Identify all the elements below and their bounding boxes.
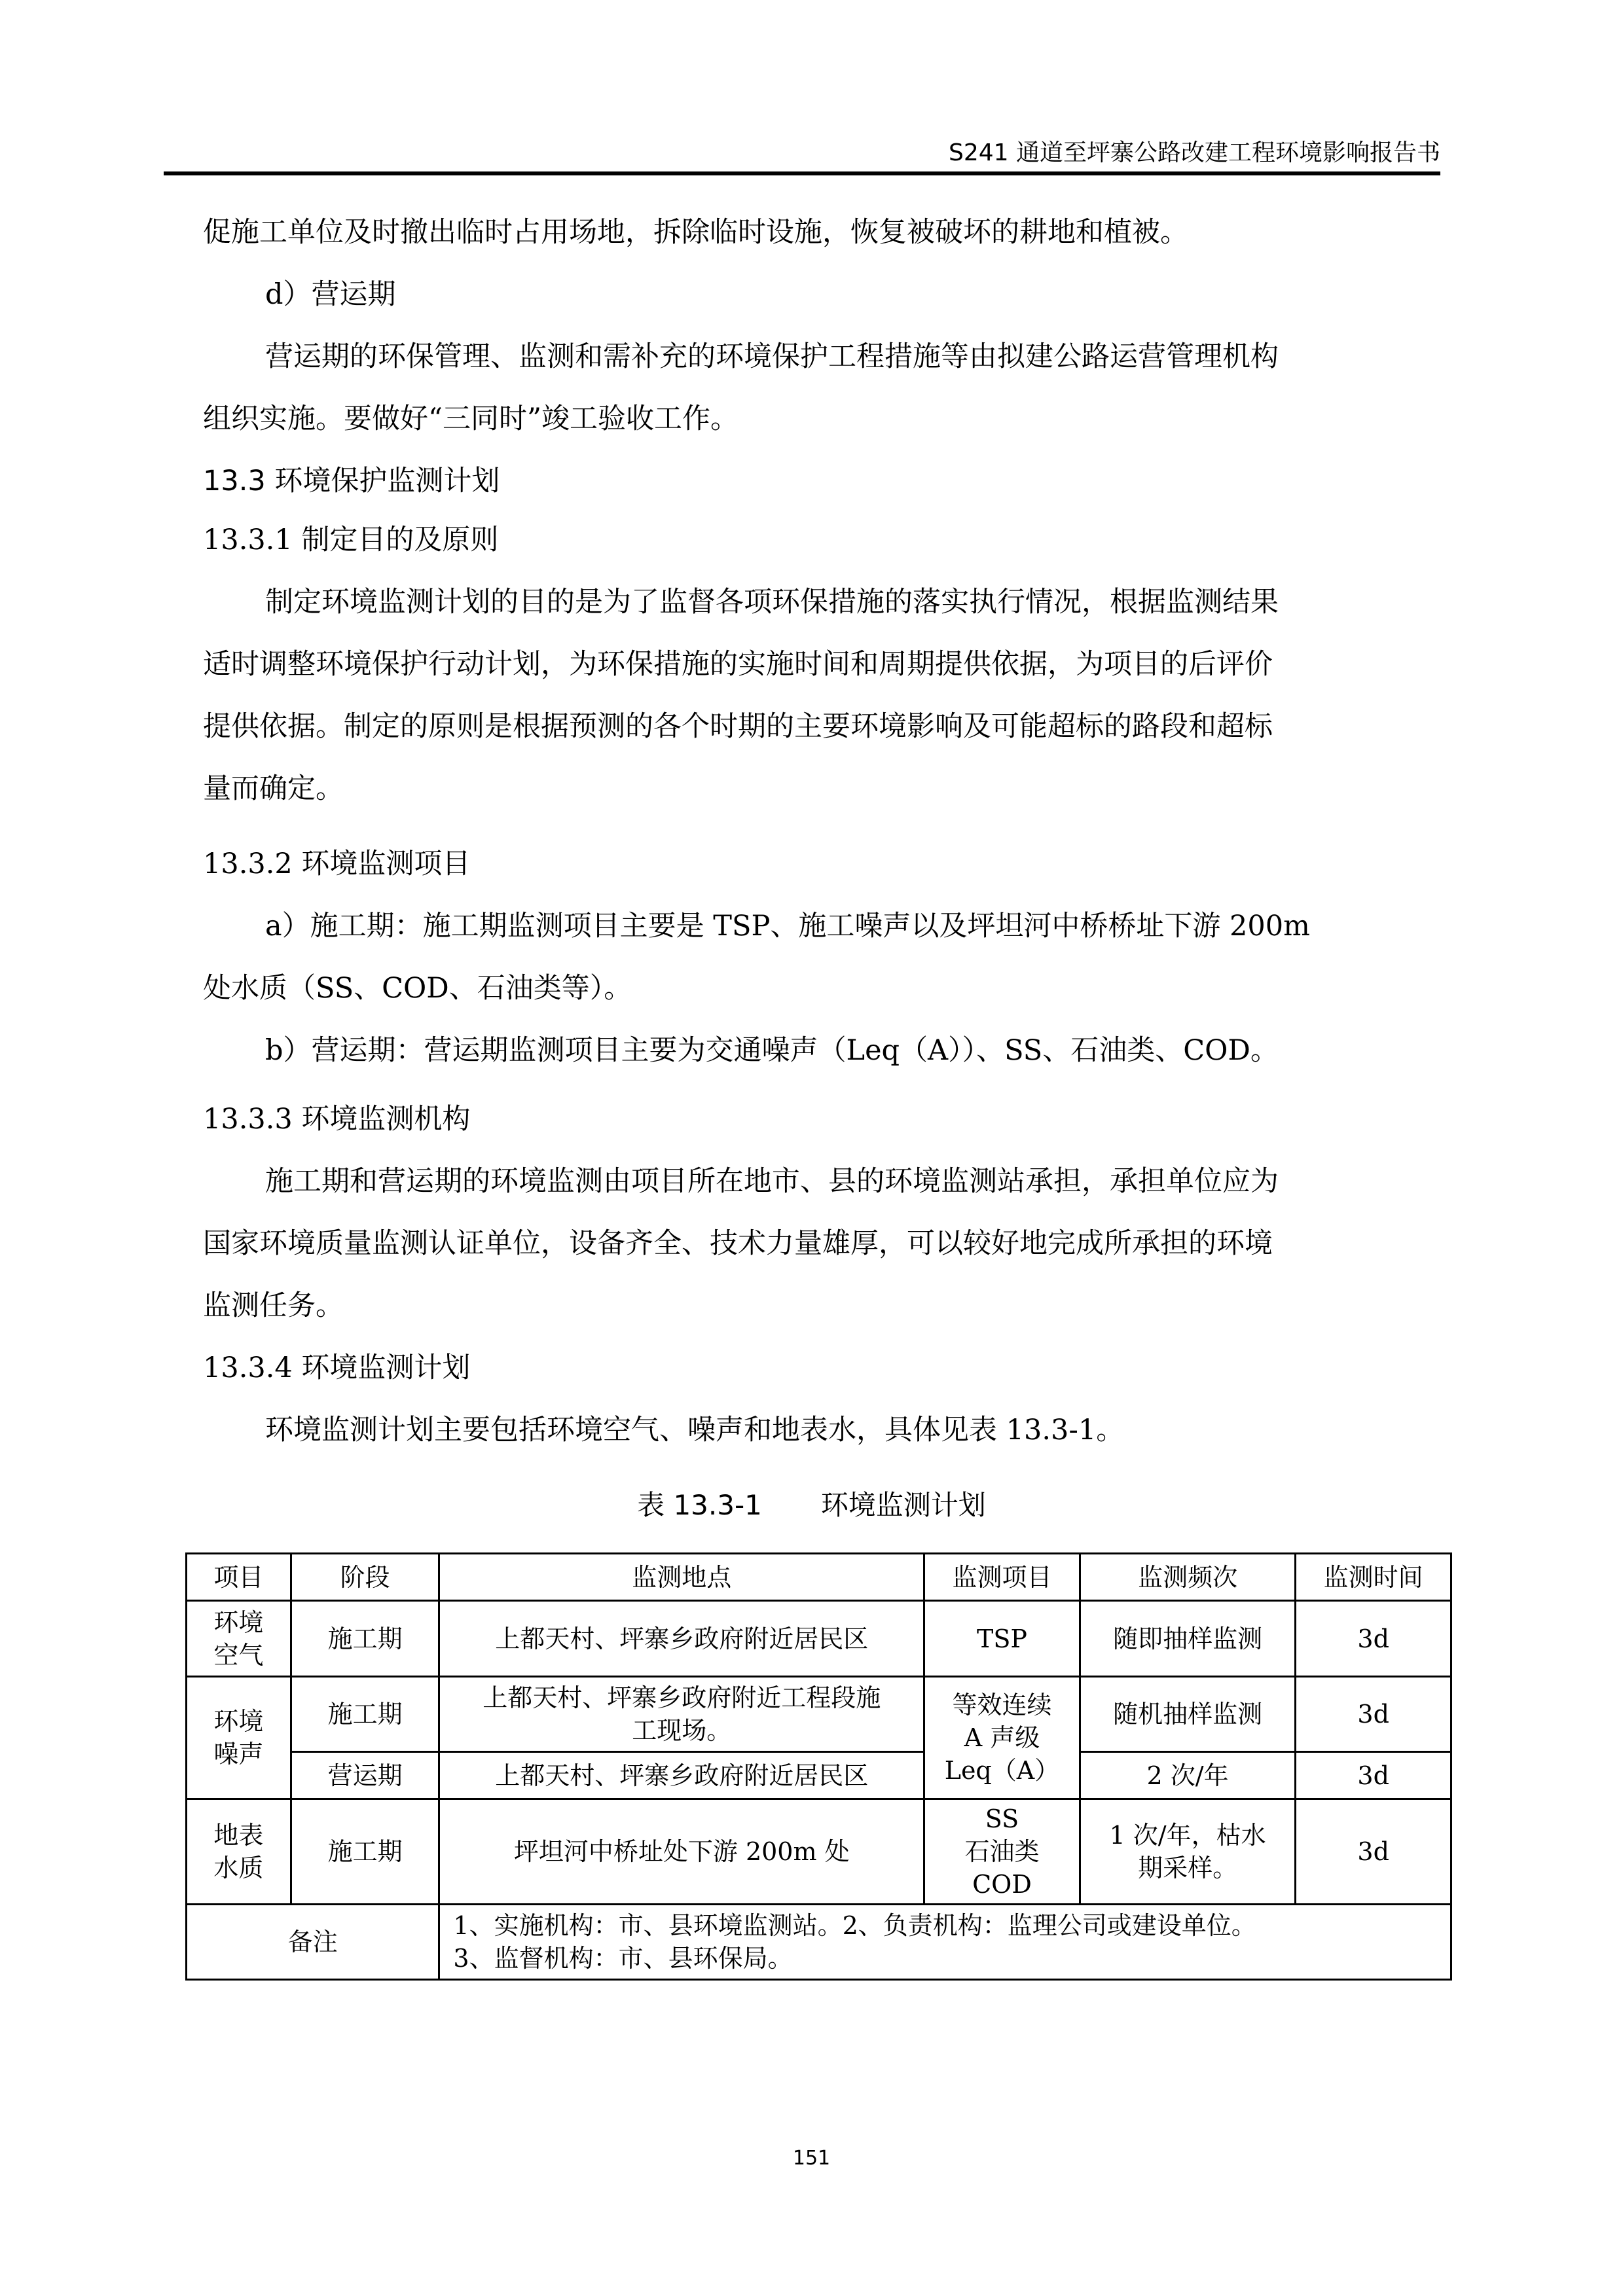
stage-cell: 施工期 (291, 1677, 439, 1752)
paragraph-line: 适时调整环境保护行动计划，为环保措施的实施时间和周期提供依据，为项目的后评价 (203, 645, 1447, 684)
paragraph-line: 环境监测计划主要包括环境空气、噪声和地表水，具体见表 13.3-1。 (265, 1410, 1509, 1450)
duration-cell: 3d (1296, 1601, 1451, 1677)
paragraph-line: 处水质（SS、COD、石油类等）。 (203, 969, 1447, 1008)
table-row-air: 环境空气 施工期 上都天村、坪寨乡政府附近居民区 TSP 随即抽样监测 3d (187, 1601, 1451, 1677)
paragraph-line: 组织实施。要做好“三同时”竣工验收工作。 (203, 399, 1447, 439)
duration-cell: 3d (1296, 1799, 1451, 1905)
header-cell: 阶段 (291, 1554, 439, 1601)
table-caption-number: 表 13.3-1 (637, 1489, 762, 1521)
page-number: 151 (0, 2147, 1623, 2170)
paragraph-line: b）营运期：营运期监测项目主要为交通噪声（Leq（A））、SS、石油类、COD。 (265, 1031, 1509, 1070)
location-cell: 坪坦河中桥址处下游 200m 处 (439, 1799, 924, 1905)
table-caption-title: 环境监测计划 (821, 1489, 986, 1521)
location-cell: 上都天村、坪寨乡政府附近居民区 (439, 1752, 924, 1799)
table-row-remarks: 备注 1、实施机构：市、县环境监测站。2、负责机构：监理公司或建设单位。3、监督… (187, 1905, 1451, 1980)
paragraph-line: 制定环境监测计划的目的是为了监督各项环保措施的落实执行情况，根据监测结果 (265, 583, 1509, 622)
frequency-cell: 随即抽样监测 (1080, 1601, 1295, 1677)
param-cell: TSP (924, 1601, 1080, 1677)
section-heading-13-3-1: 13.3.1 制定目的及原则 (203, 520, 1447, 560)
paragraph-line: 国家环境质量监测认证单位，设备齐全、技术力量雄厚，可以较好地完成所承担的环境 (203, 1224, 1447, 1263)
paragraph-line: 提供依据。制定的原则是根据预测的各个时期的主要环境影响及可能超标的路段和超标 (203, 707, 1447, 746)
remark-content-cell: 1、实施机构：市、县环境监测站。2、负责机构：监理公司或建设单位。3、监督机构：… (439, 1905, 1451, 1980)
item-cell: 地表水质 (187, 1799, 291, 1905)
stage-cell: 营运期 (291, 1752, 439, 1799)
table-header-row: 项目 阶段 监测地点 监测项目 监测频次 监测时间 (187, 1554, 1451, 1601)
header-cell: 项目 (187, 1554, 291, 1601)
frequency-cell: 随机抽样监测 (1080, 1677, 1295, 1752)
location-cell: 上都天村、坪寨乡政府附近工程段施工现场。 (439, 1677, 924, 1752)
frequency-cell: 2 次/年 (1080, 1752, 1295, 1799)
paragraph-line: a）施工期：施工期监测项目主要是 TSP、施工噪声以及坪坦河中桥桥址下游 200… (265, 906, 1509, 946)
paragraph-line: 量而确定。 (203, 769, 1447, 808)
table-row-noise-construction: 环境噪声 施工期 上都天村、坪寨乡政府附近工程段施工现场。 等效连续A 声级Le… (187, 1677, 1451, 1752)
header-cell: 监测地点 (439, 1554, 924, 1601)
param-cell: SS石油类COD (924, 1799, 1080, 1905)
stage-cell: 施工期 (291, 1601, 439, 1677)
header-cell: 监测项目 (924, 1554, 1080, 1601)
param-cell: 等效连续A 声级Leq（A） (924, 1677, 1080, 1799)
header-rule (164, 171, 1440, 175)
frequency-cell: 1 次/年，枯水期采样。 (1080, 1799, 1295, 1905)
running-header-title: S241 通道至坪寨公路改建工程环境影响报告书 (851, 139, 1440, 168)
header-cell: 监测频次 (1080, 1554, 1295, 1601)
location-cell: 上都天村、坪寨乡政府附近居民区 (439, 1601, 924, 1677)
monitoring-plan-table: 项目 阶段 监测地点 监测项目 监测频次 监测时间 环境空气 施工期 上都天村、… (185, 1552, 1452, 1981)
table-row-noise-operation: 营运期 上都天村、坪寨乡政府附近居民区 2 次/年 3d (187, 1752, 1451, 1799)
section-heading-13-3-3: 13.3.3 环境监测机构 (203, 1100, 1447, 1139)
header-cell: 监测时间 (1296, 1554, 1451, 1601)
stage-cell: 施工期 (291, 1799, 439, 1905)
paragraph-line: 促施工单位及时撤出临时占用场地，拆除临时设施，恢复被破坏的耕地和植被。 (203, 213, 1447, 252)
section-heading-13-3: 13.3 环境保护监测计划 (203, 461, 1447, 501)
remark-label-cell: 备注 (187, 1905, 439, 1980)
duration-cell: 3d (1296, 1677, 1451, 1752)
section-heading-13-3-4: 13.3.4 环境监测计划 (203, 1348, 1447, 1388)
paragraph-line: 施工期和营运期的环境监测由项目所在地市、县的环境监测站承担，承担单位应为 (265, 1162, 1509, 1201)
paragraph-line: 监测任务。 (203, 1286, 1447, 1325)
section-heading-13-3-2: 13.3.2 环境监测项目 (203, 844, 1447, 884)
duration-cell: 3d (1296, 1752, 1451, 1799)
table-row-surface-water: 地表水质 施工期 坪坦河中桥址处下游 200m 处 SS石油类COD 1 次/年… (187, 1799, 1451, 1905)
subheading-operation: d）营运期 (265, 275, 1509, 314)
paragraph-line: 营运期的环保管理、监测和需补充的环境保护工程措施等由拟建公路运营管理机构 (265, 337, 1509, 376)
item-cell: 环境噪声 (187, 1677, 291, 1799)
table-caption: 表 13.3-1环境监测计划 (0, 1486, 1623, 1525)
item-cell: 环境空气 (187, 1601, 291, 1677)
